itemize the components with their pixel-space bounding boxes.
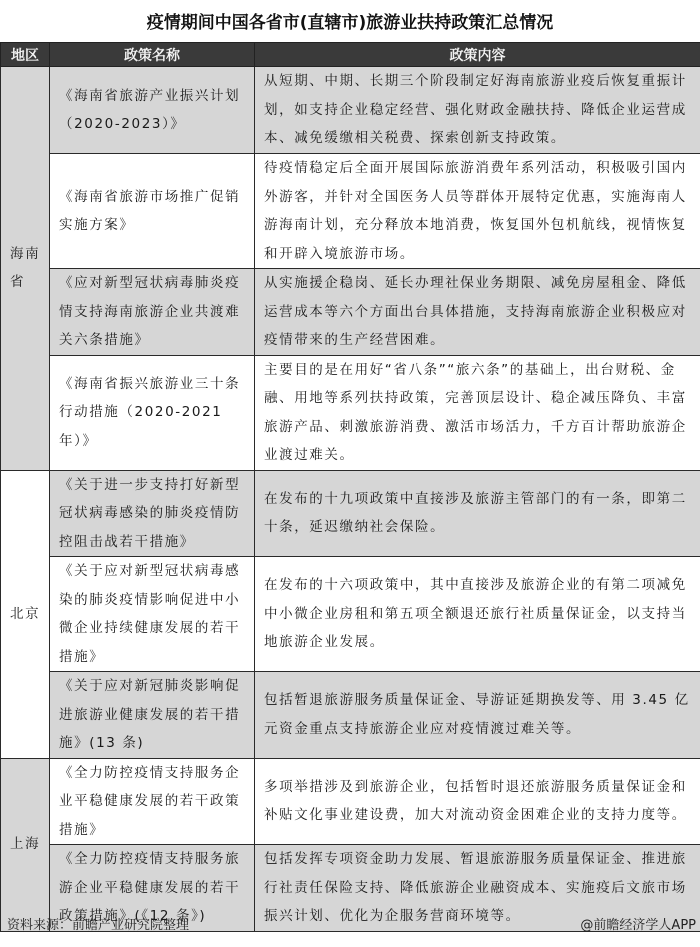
policy-content-cell: 待疫情稳定后全面开展国际旅游消费年系列活动，积极吸引国内外游客，并针对全国医务人…: [255, 154, 700, 269]
source-note: 资料来源：前瞻产业研究院整理: [7, 914, 189, 933]
policy-name-cell: 《海南省振兴旅游业三十条行动措施（2020-2021年）》: [50, 355, 255, 470]
credit-watermark: @前瞻经济学人APP: [580, 914, 696, 933]
column-header-policy-content: 政策内容: [255, 43, 700, 67]
policy-name-cell: 《全力防控疫情支持服务企业平稳健康发展的若干政策措施》: [50, 758, 255, 845]
policy-name-cell: 《应对新型冠状病毒肺炎疫情支持海南旅游企业共渡难关六条措施》: [50, 269, 255, 356]
policy-content-cell: 主要目的是在用好“省八条”“旅六条”的基础上，出台财税、金融、用地等系列扶持政策…: [255, 355, 700, 470]
table-row: 北京 《关于进一步支持打好新型冠状病毒感染的肺炎疫情防控阻击战若干措施》 在发布…: [1, 470, 700, 557]
table-row: 上海 《全力防控疫情支持服务企业平稳健康发展的若干政策措施》 多项举措涉及到旅游…: [1, 758, 700, 845]
column-header-region: 地区: [1, 43, 50, 67]
table-row: 《关于应对新型冠状病毒感染的肺炎疫情影响促进中小微企业持续健康发展的若干措施》 …: [1, 557, 700, 672]
table-row: 《关于应对新冠肺炎影响促进旅游业健康发展的若干措施》(13 条) 包括暂退旅游服…: [1, 672, 700, 759]
policy-name-cell: 《海南省旅游市场推广促销实施方案》: [50, 154, 255, 269]
page-title: 疫情期间中国各省市(直辖市)旅游业扶持政策汇总情况: [0, 8, 700, 33]
region-cell-hainan: 海南省: [1, 67, 50, 471]
table-row: 海南省 《海南省旅游产业振兴计划（2020-2023）》 从短期、中期、长期三个…: [1, 67, 700, 154]
policy-name-cell: 《海南省旅游产业振兴计划（2020-2023）》: [50, 67, 255, 154]
policy-content-cell: 包括暂退旅游服务质量保证金、导游证延期换发等、用 3.45 亿元资金重点支持旅游…: [255, 672, 700, 759]
column-header-policy-name: 政策名称: [50, 43, 255, 67]
policy-name-cell: 《关于进一步支持打好新型冠状病毒感染的肺炎疫情防控阻击战若干措施》: [50, 470, 255, 557]
region-cell-beijing: 北京: [1, 470, 50, 758]
policy-table: 地区 政策名称 政策内容 海南省 《海南省旅游产业振兴计划（2020-2023）…: [0, 42, 700, 932]
table-header-row: 地区 政策名称 政策内容: [1, 43, 700, 67]
policy-content-cell: 在发布的十六项政策中，其中直接涉及旅游企业的有第二项减免中小微企业房租和第五项全…: [255, 557, 700, 672]
policy-content-cell: 从短期、中期、长期三个阶段制定好海南旅游业疫后恢复重振计划，如支持企业稳定经营、…: [255, 67, 700, 154]
table-row: 《海南省振兴旅游业三十条行动措施（2020-2021年）》 主要目的是在用好“省…: [1, 355, 700, 470]
policy-name-cell: 《关于应对新型冠状病毒感染的肺炎疫情影响促进中小微企业持续健康发展的若干措施》: [50, 557, 255, 672]
region-cell-shanghai: 上海: [1, 758, 50, 931]
policy-content-cell: 多项举措涉及到旅游企业，包括暂时退还旅游服务质量保证金和补贴文化事业建设费，加大…: [255, 758, 700, 845]
policy-name-cell: 《关于应对新冠肺炎影响促进旅游业健康发展的若干措施》(13 条): [50, 672, 255, 759]
table-row: 《海南省旅游市场推广促销实施方案》 待疫情稳定后全面开展国际旅游消费年系列活动，…: [1, 154, 700, 269]
table-row: 《应对新型冠状病毒肺炎疫情支持海南旅游企业共渡难关六条措施》 从实施援企稳岗、延…: [1, 269, 700, 356]
policy-content-cell: 在发布的十九项政策中直接涉及旅游主管部门的有一条，即第二十条，延迟缴纳社会保险。: [255, 470, 700, 557]
policy-content-cell: 从实施援企稳岗、延长办理社保业务期限、减免房屋租金、降低运营成本等六个方面出台具…: [255, 269, 700, 356]
